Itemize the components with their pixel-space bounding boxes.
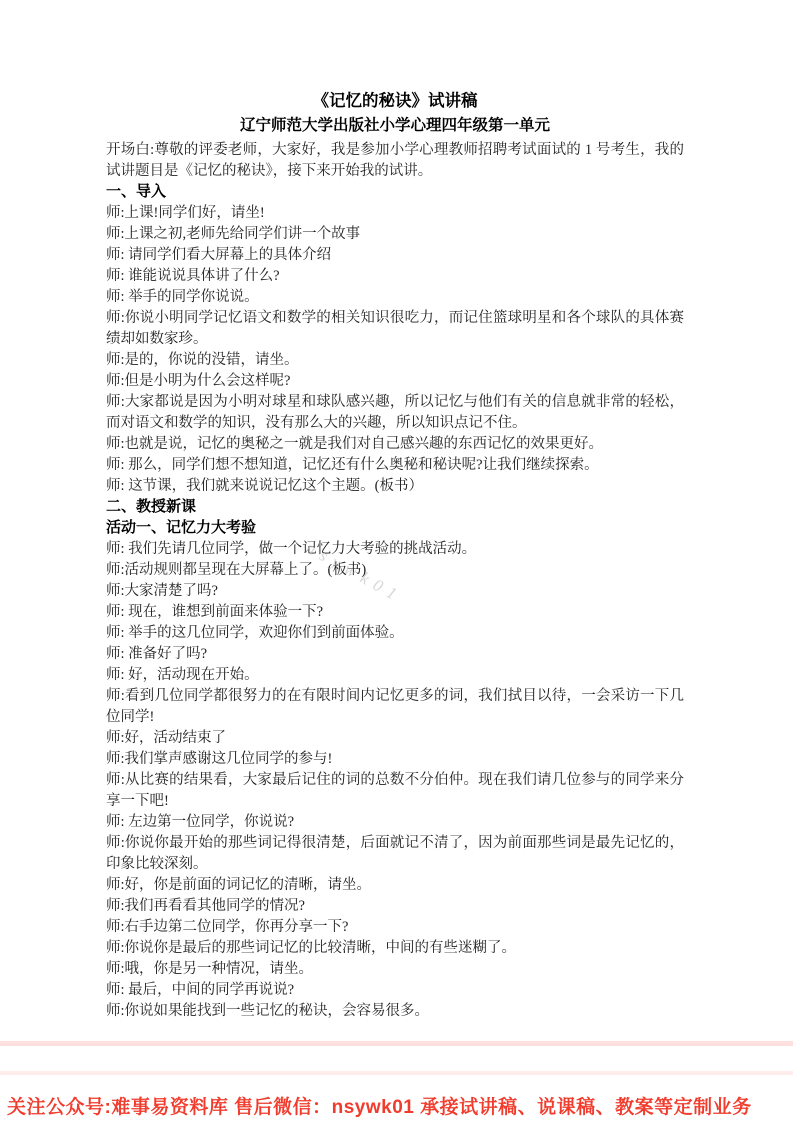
script-line: 师: 谁能说说具体讲了什么? (106, 266, 684, 287)
document-subtitle: 辽宁师范大学出版社小学心理四年级第一单元 (106, 113, 684, 138)
script-line: 师:我们掌声感谢这几位同学的参与! (106, 749, 684, 770)
script-line: 师:你说小明同学记忆语文和数学的相关知识很吃力，而记住篮球明星和各个球队的具体赛… (106, 308, 684, 350)
document-page: 《记忆的秘诀》试讲稿 辽宁师范大学出版社小学心理四年级第一单元 开场白:尊敬的评… (0, 0, 793, 1122)
document-body: 《记忆的秘诀》试讲稿 辽宁师范大学出版社小学心理四年级第一单元 开场白:尊敬的评… (106, 88, 684, 1022)
script-line: 开场白:尊敬的评委老师，大家好，我是参加小学心理教师招聘考试面试的 1 号考生，… (106, 140, 684, 182)
script-line: 师:哦，你是另一种情况，请坐。 (106, 959, 684, 980)
script-line: 师: 举手的这几位同学，欢迎你们到前面体验。 (106, 623, 684, 644)
script-line: 师:你说你是最后的那些词记忆的比较清晰，中间的有些迷糊了。 (106, 938, 684, 959)
script-line: 师:我们再看看其他同学的情况? (106, 896, 684, 917)
script-line: 师: 我们先请几位同学，做一个记忆力大考验的挑战活动。 (106, 539, 684, 560)
script-line: 师: 请同学们看大屏幕上的具体介绍 (106, 245, 684, 266)
script-line: 师:大家清楚了吗? (106, 581, 684, 602)
script-line: 师:你说如果能找到一些记忆的秘诀，会容易很多。 (106, 1001, 684, 1022)
footer-accent-band-bottom (0, 1071, 793, 1075)
script-line: 师: 最后，中间的同学再说说? (106, 980, 684, 1001)
script-line: 师: 那么，同学们想不想知道，记忆还有什么奥秘和秘诀呢?让我们继续探索。 (106, 455, 684, 476)
paragraph-list: 开场白:尊敬的评委老师，大家好，我是参加小学心理教师招聘考试面试的 1 号考生，… (106, 140, 684, 1022)
script-line: 师:看到几位同学都很努力的在有限时间内记忆更多的词，我们拭目以待，一会采访一下几… (106, 686, 684, 728)
section-heading: 活动一、记忆力大考验 (106, 518, 684, 539)
script-line: 师:上课之初,老师先给同学们讲一个故事 (106, 224, 684, 245)
script-line: 师:上课!同学们好，请坐! (106, 203, 684, 224)
script-line: 师:好，你是前面的词记忆的清晰，请坐。 (106, 875, 684, 896)
script-line: 师:右手边第二位同学，你再分享一下? (106, 917, 684, 938)
footer-accent-band-top (0, 1041, 793, 1046)
script-line: 师: 现在，谁想到前面来体验一下? (106, 602, 684, 623)
script-line: 师: 好，活动现在开始。 (106, 665, 684, 686)
script-line: 师:好，活动结束了 (106, 728, 684, 749)
script-line: 师:活动规则都呈现在大屏幕上了。(板书) (106, 560, 684, 581)
footer-promo-text: 关注公众号:难事易资料库 售后微信：nsywk01 承接试讲稿、说课稿、教案等定… (7, 1092, 752, 1119)
script-line: 师: 准备好了吗? (106, 644, 684, 665)
script-line: 师: 左边第一位同学，你说说? (106, 812, 684, 833)
script-line: 师:但是小明为什么会这样呢? (106, 371, 684, 392)
script-line: 师: 这节课，我们就来说说记忆这个主题。(板书） (106, 476, 684, 497)
script-line: 师:你说你最开始的那些词记得很清楚，后面就记不清了，因为前面那些词是最先记忆的，… (106, 833, 684, 875)
section-heading: 二、教授新课 (106, 497, 684, 518)
script-line: 师:从比赛的结果看，大家最后记住的词的总数不分伯仲。现在我们请几位参与的同学来分… (106, 770, 684, 812)
footer-banner: 关注公众号:难事易资料库 售后微信：nsywk01 承接试讲稿、说课稿、教案等定… (0, 1090, 793, 1122)
script-line: 师:大家都说是因为小明对球星和球队感兴趣，所以记忆与他们有关的信息就非常的轻松，… (106, 392, 684, 434)
document-title: 《记忆的秘诀》试讲稿 (106, 88, 684, 113)
script-line: 师:是的，你说的没错，请坐。 (106, 350, 684, 371)
section-heading: 一、导入 (106, 182, 684, 203)
script-line: 师:也就是说，记忆的奥秘之一就是我们对自己感兴趣的东西记忆的效果更好。 (106, 434, 684, 455)
script-line: 师: 举手的同学你说说。 (106, 287, 684, 308)
